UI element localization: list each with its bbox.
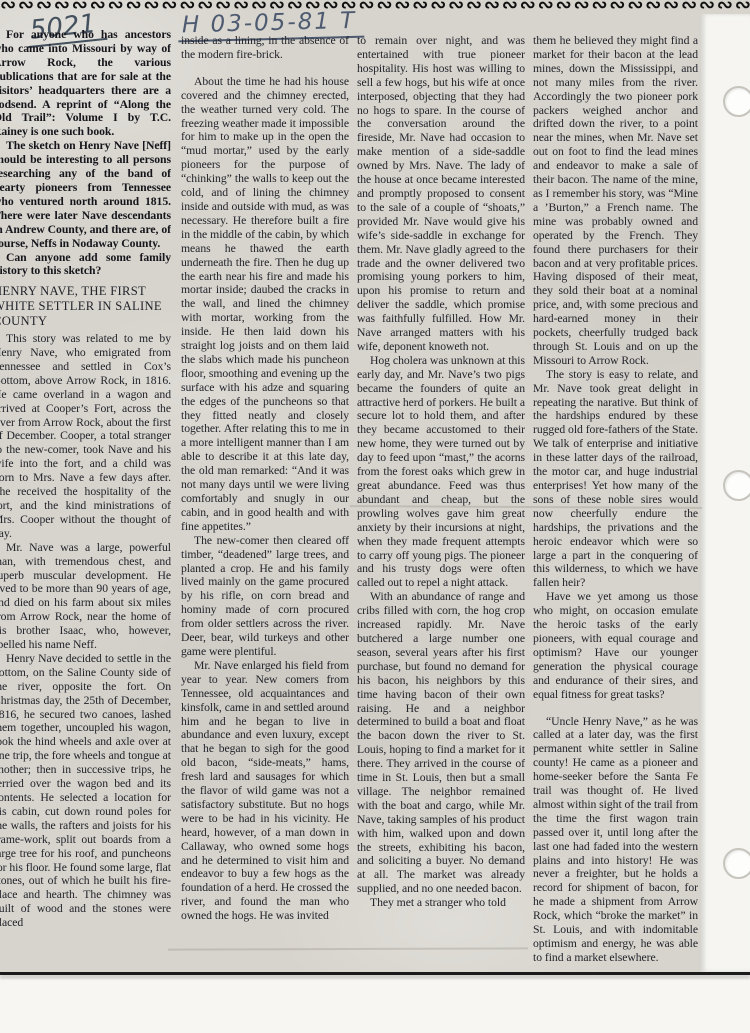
newspaper-clipping: ∾∾∾∾∾∾∾∾∾∾∾∾∾∾∾∾∾∾∾∾∾∾∾∾∾∾∾∾∾∾∾∾∾∾∾∾∾∾∾∾… [0, 0, 750, 975]
article-paragraph: Henry Nave decided to settle in the bott… [0, 652, 171, 930]
punch-hole [723, 470, 750, 501]
article-paragraph: They met a stranger who told [357, 896, 525, 910]
punch-hole [723, 86, 750, 117]
article-column-3: to remain over night, and was entertaine… [357, 34, 525, 968]
page-right-margin [701, 14, 750, 972]
article-paragraph: The new-comer then cleared off timber, “… [181, 534, 349, 659]
article-headline: HENRY NAVE, THE FIRST WHITE SETTLER IN S… [0, 284, 171, 328]
decorative-scroll-border: ∾∾∾∾∾∾∾∾∾∾∾∾∾∾∾∾∾∾∾∾∾∾∾∾∾∾∾∾∾∾∾∾∾∾∾∾∾∾∾∾… [0, 0, 750, 14]
article-paragraph: This story was related to me by Henry Na… [0, 332, 171, 541]
article-paragraph: Mr. Nave enlarged his field from year to… [181, 659, 349, 923]
article-paragraph: The story is easy to relate, and Mr. Nav… [533, 368, 698, 591]
article-column-4: them he believed they might find a marke… [533, 34, 698, 968]
editor-question-paragraph: Can anyone add some family history to th… [0, 251, 171, 279]
article-paragraph: inside as a lining, in the absence of th… [181, 34, 349, 62]
article-paragraph: With an abundance of range and cribs fil… [357, 590, 525, 896]
article-paragraph: Have we yet among us those who might, on… [533, 590, 698, 701]
article-column-2: inside as a lining, in the absence of th… [181, 34, 349, 968]
article-paragraph: Mr. Nave was a large, powerful man, with… [0, 541, 171, 652]
article-paragraph: them he believed they might find a marke… [533, 34, 698, 368]
article-paragraph: Hog cholera was unknown at this early da… [357, 354, 525, 590]
scanned-page: ∾∾∾∾∾∾∾∾∾∾∾∾∾∾∾∾∾∾∾∾∾∾∾∾∾∾∾∾∾∾∾∾∾∾∾∾∾∾∾∾… [0, 0, 750, 1033]
punch-hole [723, 848, 750, 879]
article-paragraph: About the time he had his house covered … [181, 75, 349, 534]
article-paragraph: “Uncle Henry Nave,” as he was called at … [533, 715, 698, 965]
editor-intro-paragraph: The sketch on Henry Nave [Neff] should b… [0, 139, 171, 250]
editor-intro-paragraph: For anyone who has ancestors who came in… [0, 28, 171, 139]
article-paragraph: to remain over night, and was entertaine… [357, 34, 525, 354]
article-column-1: For anyone who has ancestors who came in… [0, 28, 171, 962]
